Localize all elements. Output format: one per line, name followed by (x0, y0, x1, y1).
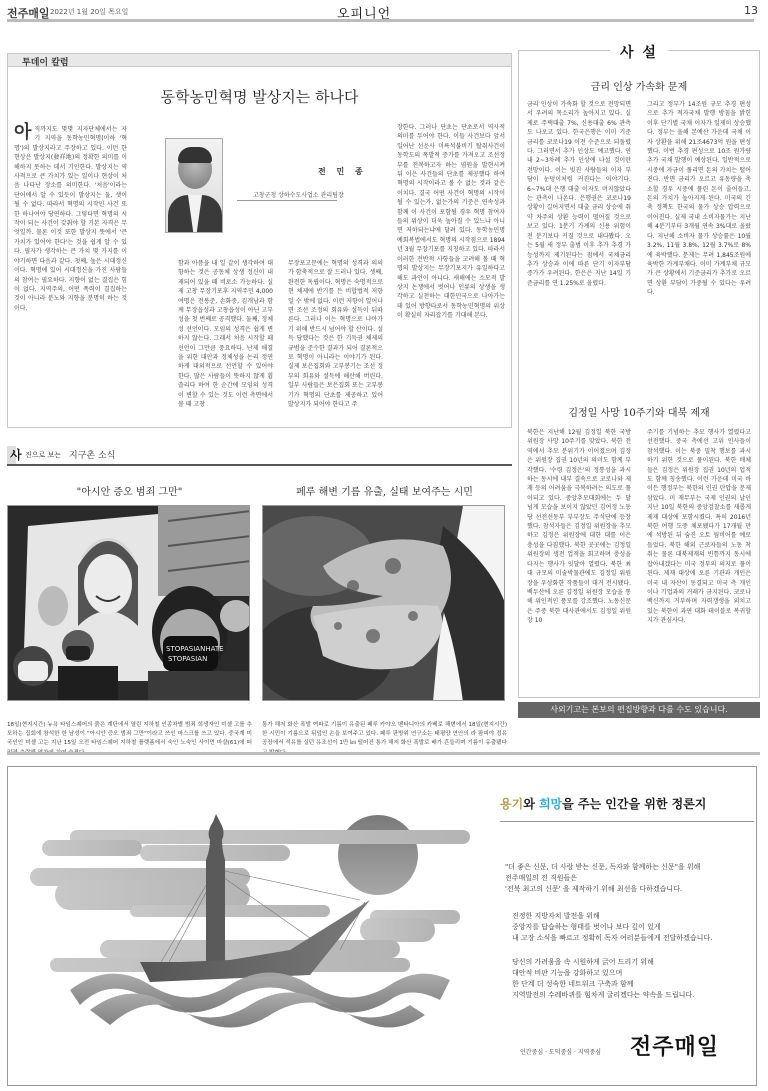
svg-text:STOPASIANHATE: STOPASIANHATE (166, 645, 224, 653)
ad-headline-courage: 용기 (500, 797, 523, 811)
ad-paragraph-3: 당신의 가려움을 속 시원하게 긁어 드리기 위해 대안적 비판 기능을 강화하… (512, 957, 762, 1001)
dropcap: 아 (14, 125, 31, 141)
ad-paragraph-1: "더 좋은 신문, 더 사랑 받는 신문, 독자와 함께하는 신문"을 위해 전… (505, 862, 755, 895)
disclaimer-banner: 사외기고는 본보의 편집방향과 다를 수도 있습니다. (518, 702, 760, 718)
ad-paragraph-2: 진정한 지방자치 발전을 위해 중앙지를 답습하는 형태를 벗어나 보다 깊이 … (512, 911, 762, 944)
editorial-title-2: 김정일 사망 10주기와 대북 제재 (518, 404, 760, 419)
masthead: 전주매일 2022년 1월 20일 목요일 오피니언 13 (0, 0, 768, 22)
photo-section-title: 지구촌 소식 (69, 448, 115, 461)
author-title: 고창군청 상하수도사업소 관리팀장 (253, 190, 344, 199)
masthead-rule (7, 19, 377, 22)
column-header-label: 투데이 칼럼 (22, 55, 69, 68)
ad-headline: 용기와 희망을 주는 인간을 위한 정론지 (500, 795, 706, 812)
photo-protest: STOPASIANHATE STOPASIAN (7, 505, 250, 701)
column-text-col-2: 함과 아픔을 내 일 같이 생각하여 대항하는 것은 공동체 상생 정신이 내재… (178, 259, 273, 410)
editorial-header: 사 설 (518, 42, 760, 62)
column-header: 투데이 칼럼 (7, 53, 512, 67)
ad-divider (500, 821, 754, 822)
photo-section-sub: 진으로 보는 (25, 450, 61, 460)
photo-title-1: "아시안 증오 범죄 그만" (7, 483, 252, 498)
editorial-1-col-2: 그리고 정부가 14조원 규모 추경 편성으로 추가 적자국채 발행 방침을 밝… (647, 100, 751, 298)
ad-headline-hope: 희망 (539, 797, 562, 811)
masthead-rule (377, 19, 754, 22)
ad-logo: 전주매일 (630, 1030, 719, 1061)
section-divider (7, 752, 760, 755)
column-text-col-1: 아직까지도 몇몇 지자단체에서는 자기 지역을 동학농민혁명(이하 '혁명')의… (14, 125, 127, 313)
author-name: 전 민 종 (318, 166, 367, 177)
column-title: 동학농민혁명 발상지는 하나다 (7, 86, 512, 107)
photo-section-initial: 사 (10, 446, 22, 463)
editorial-title-1: 금리 인상 가속화 문제 (518, 78, 760, 93)
editorial-2-col-1: 북한은 지난해 12월 김정일 북한 국방위원장 사망 10주기를 맞았다. 북… (527, 428, 631, 626)
masthead-date: 2022년 1월 20일 목요일 (50, 7, 128, 17)
photo-oil-hands-illustration (263, 506, 505, 701)
column-text-col-3: 무장포고문에는 혁명의 성격과 의의가 함축적으로 잘 드러나 있다. 셋째, … (288, 259, 383, 410)
author-divider (237, 200, 337, 201)
column-text-col-4: 장한다. 그러나 단초는 단초로서 역사적 의미를 두어야 한다. 이들 사건보… (397, 123, 505, 321)
editorial-1-col-1: 금리 인상이 가속화 할 것으로 전망되면서 우려의 목소리가 높아지고 있다.… (527, 100, 631, 288)
author-portrait (165, 138, 223, 233)
editorial-header-label: 사 설 (610, 45, 668, 61)
ad-tagline: 인간중심 · 도덕중심 · 지역중심 (520, 1047, 601, 1056)
page-number: 13 (744, 4, 758, 17)
photo-oil-hands (262, 505, 505, 701)
editorial-2-col-2: 주기를 기념하는 추모 행사가 열렸다고 선전했다. 중국 측에선 고위 인사들… (647, 428, 751, 626)
svg-text:STOPASIAN: STOPASIAN (168, 655, 207, 663)
ship-illustration (30, 800, 470, 1040)
photo-protest-illustration: STOPASIANHATE STOPASIAN (8, 506, 250, 701)
photo-section-header: 사 진으로 보는 지구촌 소식 (7, 446, 512, 466)
photo-title-2: 페루 해변 기름 유출, 실태 보여주는 시민 (262, 483, 507, 498)
